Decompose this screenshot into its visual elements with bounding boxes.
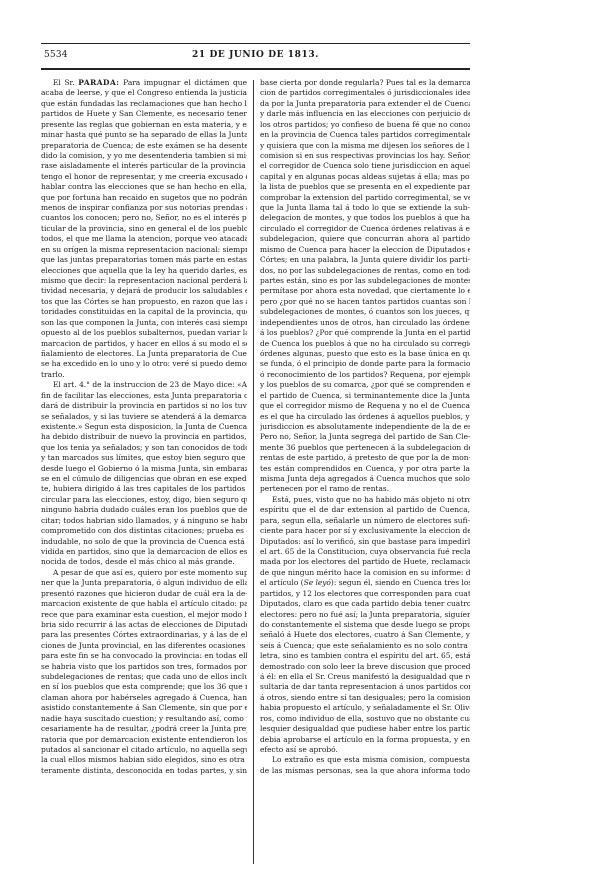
text-line: se señalados, y si las tuviere se atende… xyxy=(41,412,247,422)
text-line: ninguno habria dudado cuáles eran los pu… xyxy=(41,505,247,515)
text-line: misma Junta deja agregados á Cuenca much… xyxy=(260,474,470,484)
stage-direction: Se leyó xyxy=(304,578,331,587)
text-line: y los pueblos de su comarca, ¿por qué se… xyxy=(260,380,470,390)
text-line: Diputados, claro es que cada partido deb… xyxy=(260,599,470,609)
text-line: á los pueblos? ¿Por qué comprende la Jun… xyxy=(260,328,470,338)
text-line: circulado el corregidor de Cuenca órdene… xyxy=(260,224,470,234)
text-line: ros, como individuo de ella, sostuvo que… xyxy=(260,714,470,724)
text-line: teramente distinta, desconocida en todas… xyxy=(41,766,247,776)
text-line: son las que componen la Junta, con inter… xyxy=(41,318,247,328)
text-line: en su orígen la misma representacion nac… xyxy=(41,245,247,255)
text-line: se en el cúmulo de diligencias que obran… xyxy=(41,474,247,484)
text-line: cuantos los conocen; pero no, Señor, no … xyxy=(41,213,247,223)
text-line: para las presentes Córtes extraordinaria… xyxy=(41,630,247,640)
text-line: El art. 4.° de la instruccion de 23 de M… xyxy=(41,380,247,390)
text-line: putados al sancionar el citado artículo,… xyxy=(41,745,247,755)
column-divider xyxy=(253,80,254,864)
text-line: minar hasta qué punto se ha separado de … xyxy=(41,130,247,140)
text-line: se funda, ó el principio de donde parte … xyxy=(260,359,470,369)
text-line: partidos de Huete y San Clemente, es nec… xyxy=(41,109,247,119)
text-line: preparatoria de Cuenca; de este exámen s… xyxy=(41,141,247,151)
text-line: elecciones que aquella que la ley ha que… xyxy=(41,266,247,276)
text-line: vidida en partidos, sino que la demarcac… xyxy=(41,547,247,557)
text-line: nadie haya suscitado cuestion; y resulta… xyxy=(41,714,247,724)
text-line: te, hubiera dirigido á las tres capitale… xyxy=(41,484,247,494)
text-line: es el que ha circulado las órdenes á aqu… xyxy=(260,412,470,422)
text-line: efecto así se aprobó. xyxy=(260,745,470,755)
text-line: subdelegacion, quiere que concurran ahor… xyxy=(260,234,470,244)
text-line: mismo que decir: la representacion nacio… xyxy=(41,276,247,286)
text-line: ñalamiento de electores. La Junta prepar… xyxy=(41,349,247,359)
text-line: á otros, siendo entre sí tan desiguales;… xyxy=(260,693,470,703)
text-line: existente.» Segun esta disposicion, la J… xyxy=(41,422,247,432)
text-line: dará de distribuir la provincia en parti… xyxy=(41,401,247,411)
text-line: permítase por ahora esta novedad, que ci… xyxy=(260,286,470,296)
text-line: para, segun ella, señalarle un número de… xyxy=(260,516,470,526)
text-line: rentas de este partido, á pretesto de qu… xyxy=(260,453,470,463)
text-line: el corregidor de Cuenca solo tiene juris… xyxy=(260,161,470,171)
text-line: opuesto al de los pueblos subalternos, p… xyxy=(41,328,247,338)
speaker-name: PARADA: xyxy=(78,78,119,87)
text-line: de Cuenca los pueblos á que no ha circul… xyxy=(260,339,470,349)
text-line: la lista de pueblos que se presenta en e… xyxy=(260,182,470,192)
page-date: 21 DE JUNIO DE 1813. xyxy=(41,50,470,60)
text-line: comision si en sus respectivas provincia… xyxy=(260,151,470,161)
text-line: Está, pues, visto que no ha habido más o… xyxy=(260,495,470,505)
text-line: en sí los pueblos que esta comprende; qu… xyxy=(41,682,247,692)
text-line: ciones de Junta provincial, en las difer… xyxy=(41,641,247,651)
text-line: Córtes; en una palabra, la Junta quiere … xyxy=(260,255,470,265)
text-line: mente 36 pueblos que pertenecen á la sub… xyxy=(260,443,470,453)
text-line: lesquier desigualdad que pudiese haber e… xyxy=(260,724,470,734)
text-line: asistido constantemente á San Clemente, … xyxy=(41,703,247,713)
text-line: Diputados: así lo verificó, sin que bast… xyxy=(260,537,470,547)
text-line: órdenes algunas, puesto que esto es la b… xyxy=(260,349,470,359)
text-line: debia aprobarse el artículo en la forma … xyxy=(260,735,470,745)
text-line: que por fortuna han recaido en sugetos q… xyxy=(41,193,247,203)
text-line: capital y en algunas pocas aldeas sujeta… xyxy=(260,172,470,182)
text-line: en la provincia de Cuenca tales partidos… xyxy=(260,130,470,140)
text-line: ner que la Junta preparatoria, ó algun i… xyxy=(41,578,247,588)
text-line: hablar contra las elecciones que se han … xyxy=(41,182,247,192)
text-line: presentó razones que hicieron dudar de c… xyxy=(41,589,247,599)
text-line: rece que para examinar esta cuestion, el… xyxy=(41,610,247,620)
text-line: subdelegaciones de montes, ó cuantos son… xyxy=(260,307,470,317)
text-line: y tan marcados sus límites, que estoy bi… xyxy=(41,453,247,463)
text-line: que las juntas preparatorias tomen más p… xyxy=(41,255,247,265)
header-top-rule xyxy=(41,43,470,44)
text-line: subdelegaciones de rentas; que cada uno … xyxy=(41,672,247,682)
text-line: cesariamente ha de resultar, ¿podrá cree… xyxy=(41,724,247,734)
text-line: ó reconocimiento de los partidos? Requen… xyxy=(260,370,470,380)
text-line: espíritu que el de dar extension al part… xyxy=(260,505,470,515)
text-line: tos que las Córtes se han propuesto, en … xyxy=(41,297,247,307)
text-line: demostrado con solo leer la breve discus… xyxy=(260,662,470,672)
text-line: acaba de leerse, y que el Congreso entie… xyxy=(41,88,247,98)
text-line: la cual ellos mismos habian sido elegido… xyxy=(41,755,247,765)
text-line: bria sido recurrir á las actas de elecci… xyxy=(41,620,247,630)
text-line: marcacion de partidos, y hacer en ellos … xyxy=(41,339,247,349)
text-line: á él: en ella el Sr. Creus manifestó la … xyxy=(260,672,470,682)
text-line: partes están, sino es por las subdelegac… xyxy=(260,276,470,286)
text-line: A pesar de que así es, quiero por este m… xyxy=(41,568,247,578)
text-line: Pero no, Señor, la Junta segrega del par… xyxy=(260,432,470,442)
text-line: cion de partidos corregimentales ó juris… xyxy=(260,88,470,98)
text-line: tividad necesaria, y dejará de producir … xyxy=(41,286,247,296)
text-line: que están fundadas las reclamaciones que… xyxy=(41,99,247,109)
text-line: letra, sino es tambien contra el espírit… xyxy=(260,651,470,661)
header-bottom-rule xyxy=(41,68,470,70)
text-line: claman ahora por habérseles agregado á C… xyxy=(41,693,247,703)
text-line: que la Junta llama tal á todo lo que se … xyxy=(260,203,470,213)
text-line: señaló á Huete dos electores, cuatro á S… xyxy=(260,630,470,640)
text-line: ha debido distribuir de nuevo la provinc… xyxy=(41,432,247,442)
text-line: los otros partidos; yo confieso de buena… xyxy=(260,120,470,130)
text-line: pertenecen por el ramo de rentas. xyxy=(260,484,470,494)
text-line: ciente para hacer por sí y exclusivament… xyxy=(260,526,470,536)
text-line: mismo de Cuenca para hacer la eleccion d… xyxy=(260,245,470,255)
text-line: trarlo. xyxy=(41,370,247,380)
text-line: partidos, y 12 los electores que corresp… xyxy=(260,589,470,599)
text-line: que el corregidor mismo de Requena y no … xyxy=(260,401,470,411)
text-line: Lo extraño es que esta misma comision, c… xyxy=(260,755,470,765)
text-line: desde luego el Gobierno ó la misma Junta… xyxy=(41,464,247,474)
text-line: pero ¿por qué no se hacen tantos partido… xyxy=(260,297,470,307)
text-line: fin de facilitar las elecciones, esta Ju… xyxy=(41,391,247,401)
text-line: base cierta por donde regularla? Pues ta… xyxy=(260,78,470,88)
text-line: indudable, no solo de que la provincia d… xyxy=(41,537,247,547)
text-line: ratoria que por demarcacion existente en… xyxy=(41,735,247,745)
text-line: comprometido con dos distintas citacione… xyxy=(41,526,247,536)
text-line: habia propuesto el artículo, y señaladam… xyxy=(260,703,470,713)
text-line: mada por los electores del partido de Hu… xyxy=(260,557,470,567)
text-line: tes están comprendidos en Cuenca, y por … xyxy=(260,464,470,474)
text-line: dido la comision, y yo me desentenderia … xyxy=(41,151,247,161)
text-line: citar; todos habrian sido llamados, y á … xyxy=(41,516,247,526)
text-line: delegacion de montes, y que todos los pu… xyxy=(260,213,470,223)
text-line: marcacion existente de que habla el artí… xyxy=(41,599,247,609)
text-line: de que ningun mérito hace la comision en… xyxy=(260,568,470,578)
text-line: todos, el que me llama la atencion, porq… xyxy=(41,234,247,244)
text-line: se habria visto que los partidos son tre… xyxy=(41,662,247,672)
page-header: 5534 21 DE JUNIO DE 1813. xyxy=(41,50,470,64)
text-line: independientes unos de otros, han circul… xyxy=(260,318,470,328)
text-line: tengo el honor de representar, y me cree… xyxy=(41,172,247,182)
text-line: jurisdiccion es absolutamente independie… xyxy=(260,422,470,432)
text-line: de las mismas personas, sea la que ahora… xyxy=(260,766,470,776)
text-line: El Sr. PARADA: Para impugnar el dictámen… xyxy=(41,78,247,88)
text-line: dos, no por las subdelegaciones de renta… xyxy=(260,266,470,276)
text-line: seis á Cuenca; que este señalamiento es … xyxy=(260,641,470,651)
text-line: rase aisladamente el interés particular … xyxy=(41,161,247,171)
text-line: el art. 65 de la Constitucion, cuya obse… xyxy=(260,547,470,557)
text-line: comprobar la extension del partido corre… xyxy=(260,193,470,203)
text-line: para este fin se ha convocado la provinc… xyxy=(41,651,247,661)
text-line: que los tenia ya señalados; y son tan co… xyxy=(41,443,247,453)
text-line: da por la Junta preparatoria para extend… xyxy=(260,99,470,109)
text-line: presente las reglas que gobiernan en est… xyxy=(41,120,247,130)
text-line: se ha excedido en lo uno y lo otro: veré… xyxy=(41,359,247,369)
text-line: el artículo (Se leyó): segun él, siendo … xyxy=(260,578,470,588)
text-line: ticular de la provincia, sino en general… xyxy=(41,224,247,234)
text-columns: El Sr. PARADA: Para impugnar el dictámen… xyxy=(41,78,470,878)
left-column: El Sr. PARADA: Para impugnar el dictámen… xyxy=(41,78,247,776)
text-line: electores: pero no fué así; la Junta pre… xyxy=(260,610,470,620)
text-line: nocida de todos, desde el más chico al m… xyxy=(41,557,247,567)
text-line: menos de inspirar confianza por sus noto… xyxy=(41,203,247,213)
text-line: toridades constituidas en la capital de … xyxy=(41,307,247,317)
text-line: do constantemente el sistema que desde l… xyxy=(260,620,470,630)
right-column: base cierta por donde regularla? Pues ta… xyxy=(260,78,470,776)
text-line: el partido de Cuenca, si terminantemente… xyxy=(260,391,470,401)
text-line: y quisiera que con la misma me dijesen l… xyxy=(260,141,470,151)
text-line: y darle más influencia en las elecciones… xyxy=(260,109,470,119)
text-line: sultaria de dar tanta representacion á u… xyxy=(260,682,470,692)
text-line: circular para las elecciones, estoy, dig… xyxy=(41,495,247,505)
